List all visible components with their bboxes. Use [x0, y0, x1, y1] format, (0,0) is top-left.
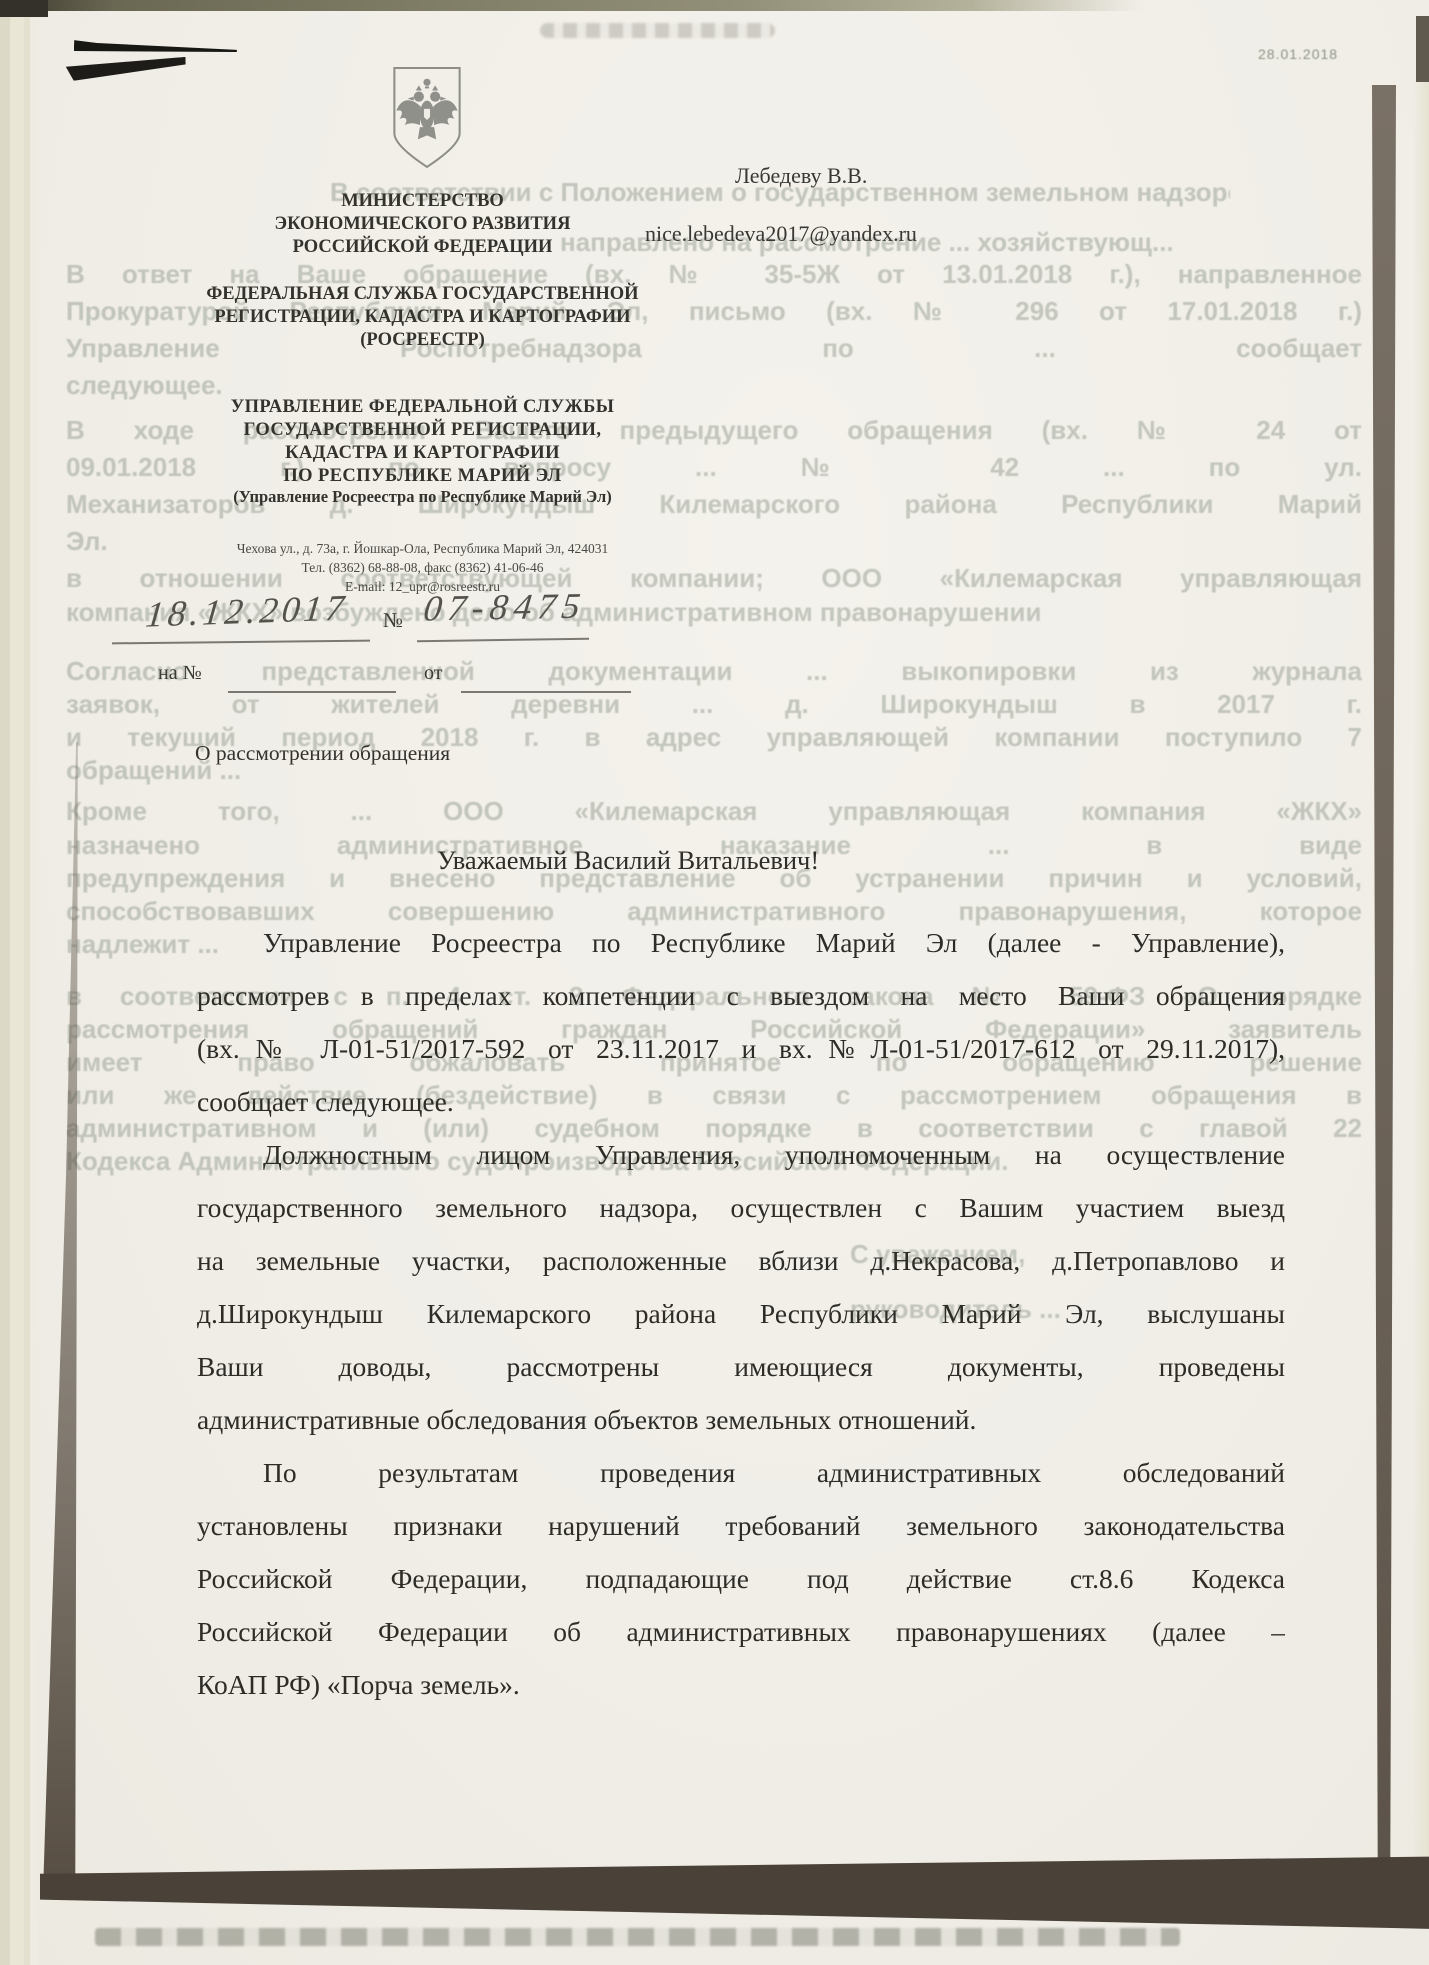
department-line: ПО РЕСПУБЛИКЕ МАРИЙ ЭЛ: [140, 465, 705, 488]
double-headed-eagle-icon: [388, 66, 466, 170]
department-line: ГОСУДАРСТВЕННОЙ РЕГИСТРАЦИИ,: [140, 419, 705, 442]
body-line: государственного земельного надзора, осу…: [197, 1181, 1285, 1234]
number-sign: №: [383, 608, 403, 633]
body-line: КоАП РФ) «Порча земель».: [197, 1658, 1285, 1711]
coat-of-arms-emblem: [388, 66, 466, 175]
department-line: КАДАСТРА И КАРТОГРАФИИ: [140, 442, 705, 465]
body-line: Российской Федерации, подпадающие под де…: [197, 1552, 1285, 1605]
ministry-line: РОССИЙСКОЙ ФЕДЕРАЦИИ: [140, 236, 705, 259]
body-line: рассмотрев в пределах компетенции с выез…: [197, 969, 1285, 1022]
letterhead-department: УПРАВЛЕНИЕ ФЕДЕРАЛЬНОЙ СЛУЖБЫ ГОСУДАРСТВ…: [140, 396, 705, 488]
body-line: сообщает следующее.: [197, 1075, 1285, 1128]
subject-line: О рассмотрении обращения: [195, 741, 450, 766]
bleedthrough-line: заявок, от жителей деревни ... д. Широку…: [66, 688, 1362, 723]
body-line: Должностным лицом Управления, уполномоче…: [197, 1128, 1285, 1181]
scanned-letter-page: В соответствии с Положением о государств…: [0, 0, 1429, 1965]
handwritten-date: 18.12.2017: [144, 586, 350, 635]
body-line: По результатам проведения административн…: [197, 1446, 1285, 1499]
bleedthrough-line: Согласно представленной документации ...…: [66, 655, 1362, 690]
reply-to-number-label: на №: [158, 662, 202, 685]
recipient-email: nice.lebedeva2017@yandex.ru: [645, 221, 917, 247]
handwritten-number: 07-8475: [421, 585, 588, 630]
letterhead-ministry: МИНИСТЕРСТВО ЭКОНОМИЧЕСКОГО РАЗВИТИЯ РОС…: [140, 190, 705, 259]
letterhead-short-name: (Управление Росреестра по Республике Мар…: [140, 487, 705, 507]
scan-header-smudge: [540, 23, 775, 38]
reply-to-date-label: от: [424, 662, 442, 685]
body-line: Ваши доводы, рассмотрены имеющиеся докум…: [197, 1340, 1285, 1393]
service-line: (РОСРЕЕСТР): [140, 329, 705, 352]
salutation: Уважаемый Василий Витальевич!: [437, 845, 819, 876]
body-line: (вх.№ Л-01-51/2017-592 от 23.11.2017 и в…: [197, 1022, 1285, 1075]
recipient-name: Лебедеву В.В.: [735, 163, 867, 189]
bleedthrough-line: Кроме того, ... ООО «Килемарская управля…: [66, 795, 1362, 830]
reply-to-date-underline: [461, 691, 631, 693]
scan-date-stamp: 28.01.2018: [1258, 46, 1338, 62]
body-line: административные обследования объектов з…: [197, 1393, 1285, 1446]
scanner-corner-shadow: [0, 0, 48, 17]
letter-body: Управление Росреестра по Республике Мари…: [197, 916, 1285, 1711]
address-line: Чехова ул., д. 73а, г. Йошкар-Ола, Респу…: [140, 539, 705, 558]
department-line: УПРАВЛЕНИЕ ФЕДЕРАЛЬНОЙ СЛУЖБЫ: [140, 396, 705, 419]
ministry-line: МИНИСТЕРСТВО: [140, 190, 705, 213]
letterhead-contacts: Чехова ул., д. 73а, г. Йошкар-Ола, Респу…: [140, 539, 705, 596]
body-line: установлены признаки нарушений требовани…: [197, 1499, 1285, 1552]
service-line: РЕГИСТРАЦИИ, КАДАСТРА И КАРТОГРАФИИ: [140, 306, 705, 329]
body-line: на земельные участки, расположенные вбли…: [197, 1234, 1285, 1287]
page-right-edge: [1412, 80, 1429, 1880]
scanner-left-edge: [0, 0, 38, 1965]
scanner-top-edge: [0, 0, 1429, 11]
phone-fax-line: Тел. (8362) 68-88-08, факс (8362) 41-06-…: [140, 558, 705, 577]
letterhead-service: ФЕДЕРАЛЬНАЯ СЛУЖБА ГОСУДАРСТВЕННОЙ РЕГИС…: [140, 283, 705, 352]
scan-bottom-smudge: [95, 1928, 1180, 1946]
page-edge-notch: [1416, 16, 1429, 82]
ministry-line: ЭКОНОМИЧЕСКОГО РАЗВИТИЯ: [140, 213, 705, 236]
reply-to-number-underline: [228, 691, 396, 693]
body-line: д.Широкундыш Килемарского района Республ…: [197, 1287, 1285, 1340]
service-line: ФЕДЕРАЛЬНАЯ СЛУЖБА ГОСУДАРСТВЕННОЙ: [140, 283, 705, 306]
body-line: Управление Росреестра по Республике Мари…: [197, 916, 1285, 969]
body-line: Российской Федерации об административных…: [197, 1605, 1285, 1658]
